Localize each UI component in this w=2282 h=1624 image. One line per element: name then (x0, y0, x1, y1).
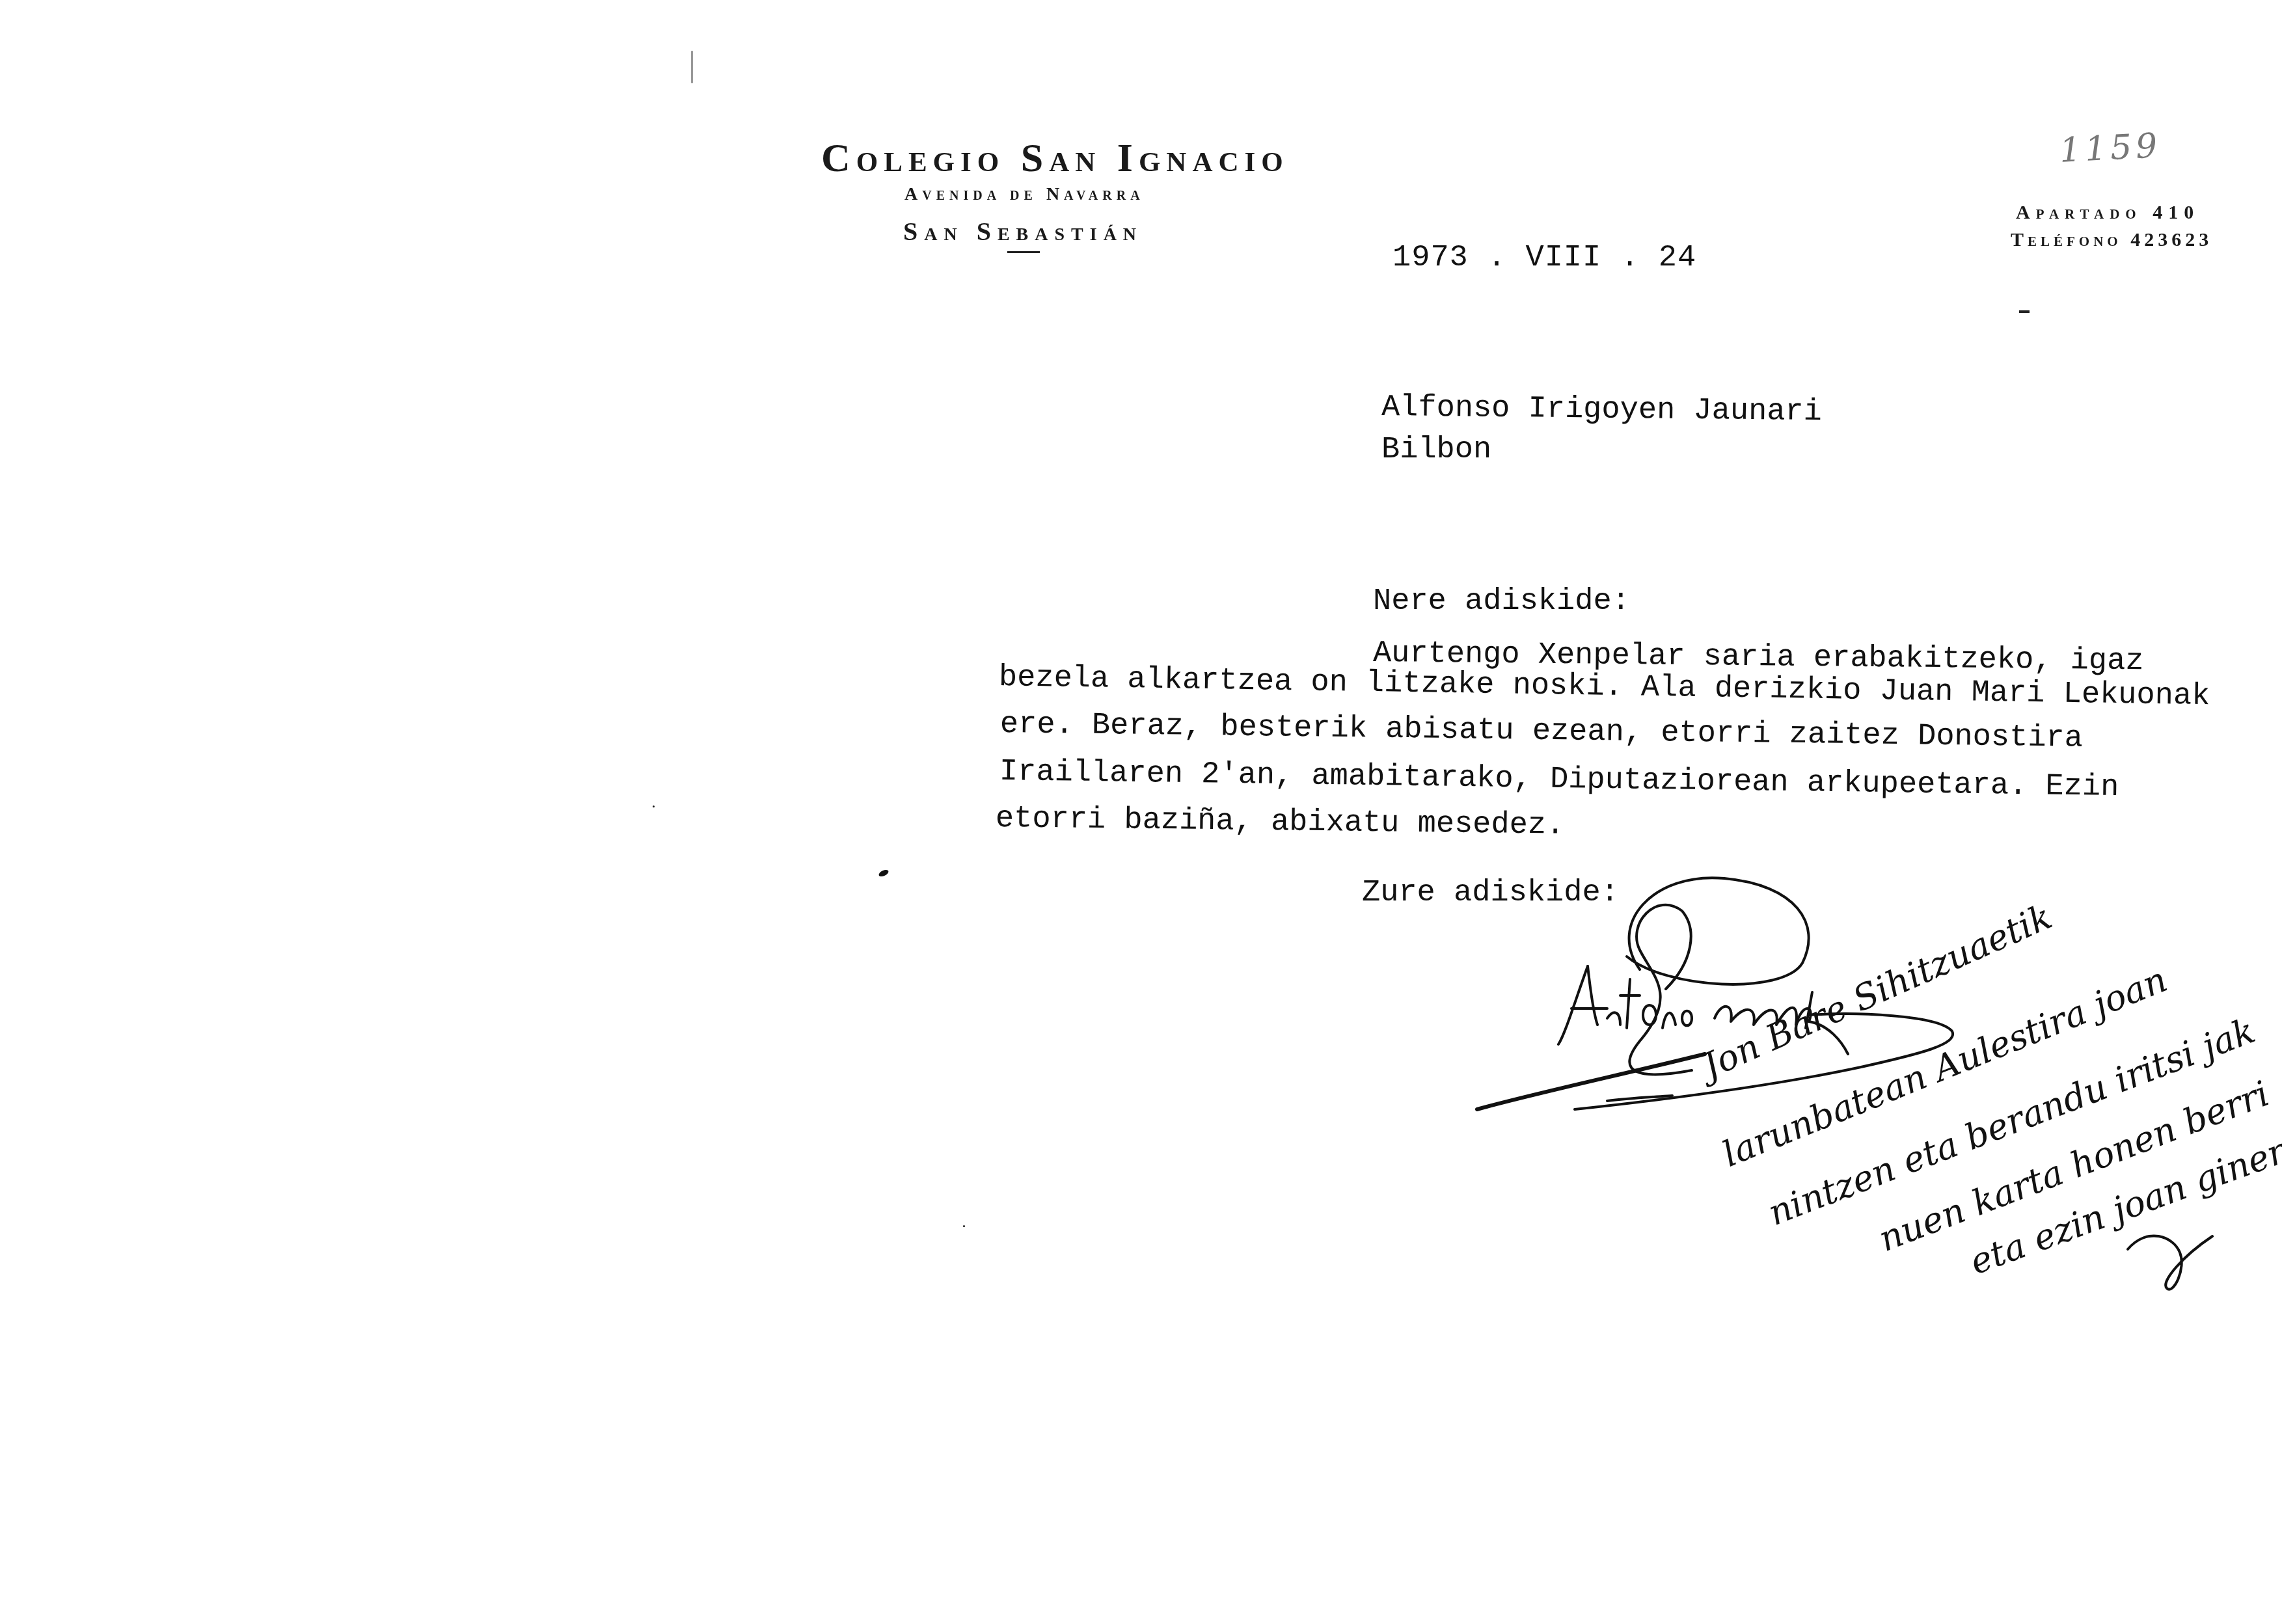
body-line: Iraillaren 2'an, amabitarako, Diputazior… (999, 755, 2119, 805)
margin-mark (2019, 310, 2030, 313)
letterhead-po-box: Apartado 410 (2016, 202, 2199, 224)
handwritten-initial-icon (2121, 1223, 2225, 1301)
letter-date: 1973 . VIII . 24 (1392, 241, 1696, 275)
ink-speck (963, 1225, 965, 1227)
body-line: ere. Beraz, besterik abisatu ezean, etor… (1000, 707, 2084, 756)
recipient-name: Alfonso Irigoyen Jaunari (1381, 390, 1822, 429)
body-line: etorri baziña, abixatu mesedez. (996, 802, 1565, 843)
salutation: Nere adiskide: (1373, 584, 1630, 619)
ink-speck (653, 805, 655, 807)
signature-text: Antonio Zavala (1581, 950, 1586, 951)
archive-number: 1159 (2059, 126, 2162, 170)
letterhead-institution: Colegio San Ignacio (821, 135, 1289, 182)
scan-mark (691, 51, 693, 83)
letterhead-city: San Sebastián (903, 216, 1143, 247)
letterhead-rule (1007, 251, 1040, 253)
letterhead-address: Avenida de Navarra (904, 184, 1145, 205)
recipient-place: Bilbon (1381, 433, 1491, 467)
letterhead-phone: Teléfono 423623 (2011, 229, 2212, 251)
ink-speck (878, 869, 890, 878)
